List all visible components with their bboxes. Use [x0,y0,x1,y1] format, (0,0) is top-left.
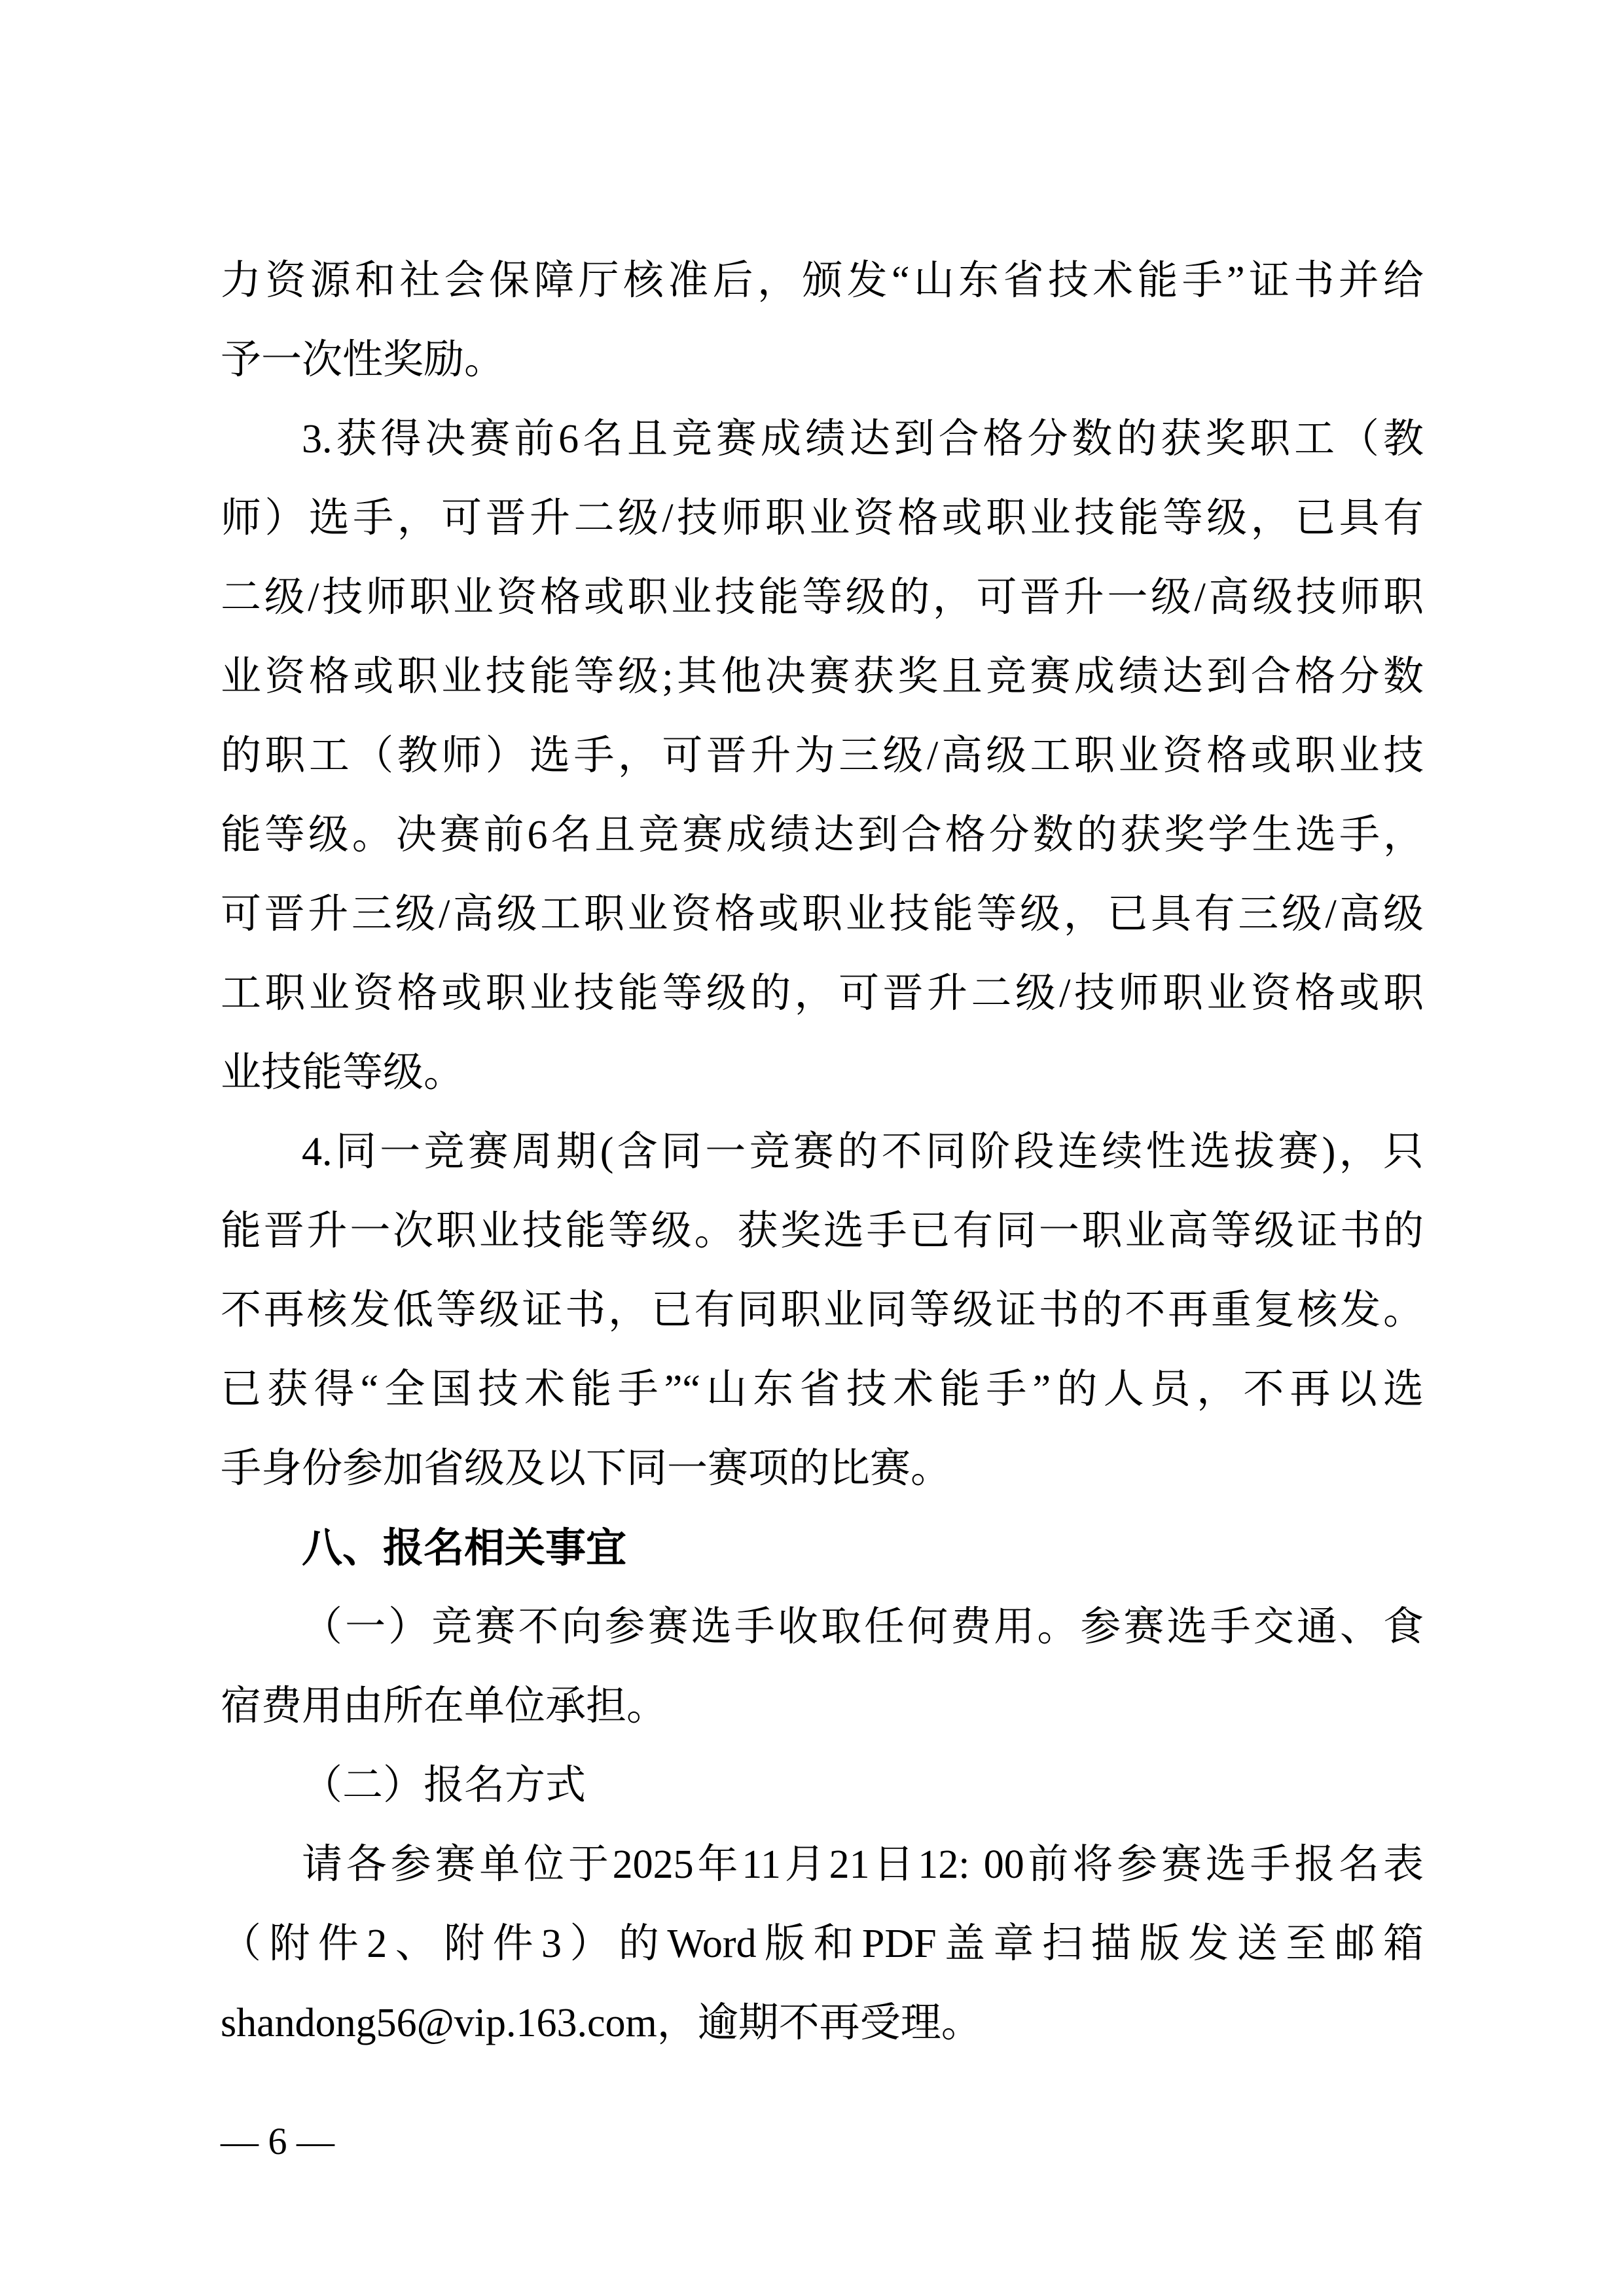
text-line: 能晋升一次职业技能等级。获奖选手已有同一职业高等级证书的 [221,1192,1424,1271]
document-body: 力资源和社会保障厅核准后，颁发“山东省技术能手”证书并给予一次性奖励。3.获得决… [221,242,1424,2063]
text-line: 宿费用由所在单位承担。 [221,1667,1424,1746]
text-line: 业技能等级。 [221,1033,1424,1113]
text-line: 二级/技师职业资格或职业技能等级的，可晋升一级/高级技师职 [221,558,1424,637]
text-line: （附件2、附件3）的Word版和PDF盖章扫描版发送至邮箱 [221,1905,1424,1984]
text-line: 4.同一竞赛周期(含同一竞赛的不同阶段连续性选拔赛)，只 [221,1113,1424,1192]
document-page: 力资源和社会保障厅核准后，颁发“山东省技术能手”证书并给予一次性奖励。3.获得决… [0,0,1624,2296]
text-line: 已获得“全国技术能手”“山东省技术能手”的人员，不再以选 [221,1350,1424,1429]
text-line: （一）竞赛不向参赛选手收取任何费用。参赛选手交通、食 [221,1588,1424,1667]
text-line: （二）报名方式 [221,1746,1424,1825]
text-line: 师）选手，可晋升二级/技师职业资格或职业技能等级，已具有 [221,479,1424,558]
text-line: shandong56@vip.163.com，逾期不再受理。 [221,1984,1424,2063]
text-line: 手身份参加省级及以下同一赛项的比赛。 [221,1429,1424,1509]
text-line: 3.获得决赛前6名且竞赛成绩达到合格分数的获奖职工（教 [221,400,1424,479]
text-line: 可晋升三级/高级工职业资格或职业技能等级，已具有三级/高级 [221,875,1424,954]
section-heading: 八、报名相关事宜 [221,1509,1424,1588]
text-line: 业资格或职业技能等级;其他决赛获奖且竞赛成绩达到合格分数 [221,637,1424,717]
page-number: — 6 — [221,2115,334,2168]
text-line: 工职业资格或职业技能等级的，可晋升二级/技师职业资格或职 [221,954,1424,1033]
text-line: 的职工（教师）选手，可晋升为三级/高级工职业资格或职业技 [221,717,1424,796]
text-line: 力资源和社会保障厅核准后，颁发“山东省技术能手”证书并给 [221,242,1424,321]
text-line: 能等级。决赛前6名且竞赛成绩达到合格分数的获奖学生选手， [221,796,1424,875]
text-line: 不再核发低等级证书，已有同职业同等级证书的不再重复核发。 [221,1271,1424,1350]
text-line: 请各参赛单位于2025年11月21日12: 00前将参赛选手报名表 [221,1825,1424,1905]
text-line: 予一次性奖励。 [221,321,1424,400]
